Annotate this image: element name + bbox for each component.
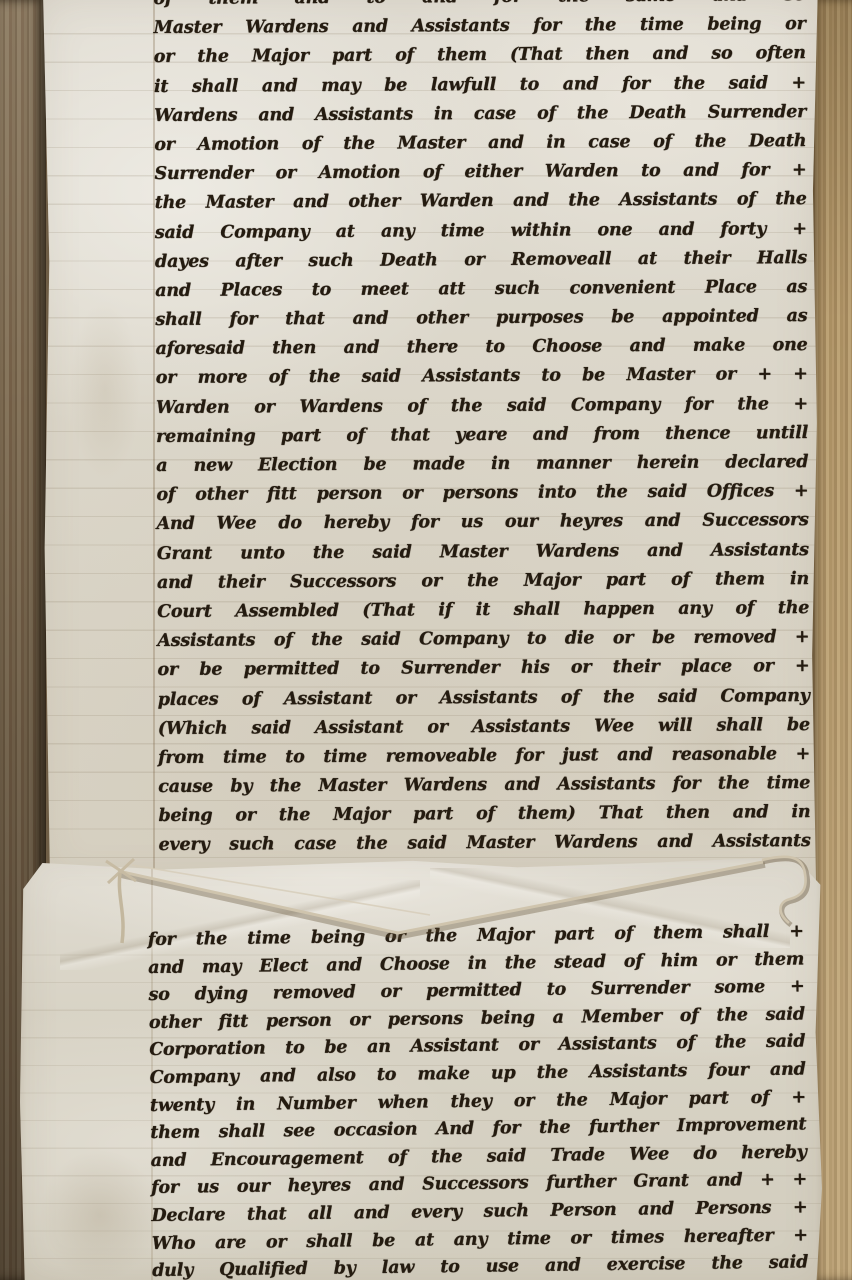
- text-line: Master Wardens and Assistants for the ti…: [154, 10, 806, 43]
- text-line: from time to time removeable for just an…: [158, 740, 810, 773]
- text-line: Warden or Wardens of the said Company fo…: [156, 390, 808, 423]
- text-line: being or the Major part of them) That th…: [158, 798, 810, 831]
- text-line: of other fitt person or persons into the…: [156, 477, 808, 510]
- text-line: Grant unto the said Master Wardens and A…: [157, 536, 809, 569]
- text-line: the Master and other Warden and the Assi…: [155, 185, 807, 218]
- text-line: Wardens and Assistants in case of the De…: [154, 98, 806, 131]
- manuscript-text-upper: of them and to and for the same and so M…: [153, 0, 810, 861]
- text-line: And Wee do hereby for us our heyres and …: [157, 506, 809, 539]
- text-line: aforesaid then and there to Choose and m…: [155, 331, 807, 364]
- text-line: Surrender or Amotion of either Warden to…: [154, 156, 806, 189]
- text-line: a new Election be made in manner herein …: [156, 448, 808, 481]
- text-line: Court Assembled (That if it shall happen…: [157, 594, 809, 627]
- text-line: shall for that and other purposes be app…: [155, 302, 807, 335]
- text-line: Assistants of the said Company to die or…: [157, 623, 809, 656]
- text-line: or be permitted to Surrender his or thei…: [157, 652, 809, 685]
- text-line: or the Major part of them (That then and…: [154, 39, 806, 72]
- text-line: dayes after such Death or Removeall at t…: [155, 244, 807, 277]
- text-line: remaining part of that yeare and from th…: [156, 419, 808, 452]
- text-line: and Places to meet att such convenient P…: [155, 273, 807, 306]
- manuscript-photograph: of them and to and for the same and so M…: [0, 0, 852, 1280]
- text-line: (Which said Assistant or Assistants Wee …: [158, 711, 810, 744]
- text-line: it shall and may be lawfull to and for t…: [154, 69, 806, 102]
- text-line: and their Successors or the Major part o…: [157, 565, 809, 598]
- manuscript-text-lower: for the time being or the Major part of …: [148, 918, 809, 1280]
- text-line: places of Assistant or Assistants of the…: [158, 682, 810, 715]
- text-line: every such case the said Master Wardens …: [159, 827, 811, 860]
- text-line: cause by the Master Wardens and Assistan…: [158, 769, 810, 802]
- text-line: or Amotion of the Master and in case of …: [154, 127, 806, 160]
- text-line: or more of the said Assistants to be Mas…: [156, 360, 808, 393]
- text-line: said Company at any time within one and …: [155, 215, 807, 248]
